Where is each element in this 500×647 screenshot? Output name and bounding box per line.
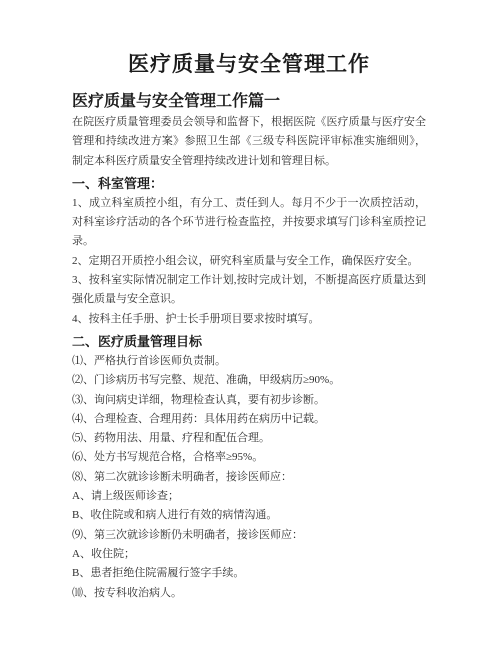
section-1-item: 4、按科主任手册、护士长手册项目要求按时填写。: [72, 310, 426, 329]
section-2-heading: 二、医疗质量管理目标: [72, 332, 426, 351]
section-2-item: ⑵、门诊病历书写完整、规范、准确，甲级病历≥90%。: [72, 371, 426, 390]
section-1-item: 2、定期召开质控小组会议，研究科室质量与安全工作，确保医疗安全。: [72, 252, 426, 271]
section-2-subitem: A、请上级医师诊查；: [72, 487, 426, 506]
document-title: 医疗质量与安全管理工作: [72, 50, 426, 78]
part-heading: 医疗质量与安全管理工作篇一: [72, 91, 426, 113]
document-content: 医疗质量与安全管理工作 医疗质量与安全管理工作篇一 在院医疗质量管理委员会领导和…: [72, 0, 426, 603]
section-1-heading: 一、科室管理：: [72, 174, 426, 193]
section-2-item: ⑶、询问病史详细，物理检查认真，要有初步诊断。: [72, 391, 426, 410]
document-page: 医疗质量与安全管理工作 医疗质量与安全管理工作篇一 在院医疗质量管理委员会领导和…: [0, 0, 500, 647]
section-2-item: ⑻、第二次就诊诊断未明确者，接诊医师应：: [72, 468, 426, 487]
section-2-item: ⑼、第三次就诊诊断仍未明确者，接诊医师应：: [72, 526, 426, 545]
section-2-item: ⑹、处方书写规范合格，合格率≥95%。: [72, 448, 426, 467]
intro-paragraph: 在院医疗质量管理委员会领导和监督下，根据医院《医疗质量与医疗安全管理和持续改进方…: [72, 113, 426, 171]
section-2-item: ⑽、按专科收治病人。: [72, 584, 426, 603]
section-2-subitem: B、收住院或和病人进行有效的病情沟通。: [72, 506, 426, 525]
section-2-subitem: A、收住院；: [72, 545, 426, 564]
section-2-item: ⑷、合理检查、合理用药：具体用药在病历中记载。: [72, 410, 426, 429]
section-1-item: 1、成立科室质控小组，有分工、责任到人。每月不少于一次质控活动，对科室诊疗活动的…: [72, 194, 426, 252]
section-2-item: ⑸、药物用法、用量、疗程和配伍合理。: [72, 429, 426, 448]
section-2-subitem: B、患者拒绝住院需履行签字手续。: [72, 564, 426, 583]
section-2-item: ⑴、严格执行首诊医师负责制。: [72, 352, 426, 371]
section-1-item: 3、按科室实际情况制定工作计划,按时完成计划，不断提高医疗质量达到强化质量与安全…: [72, 271, 426, 310]
